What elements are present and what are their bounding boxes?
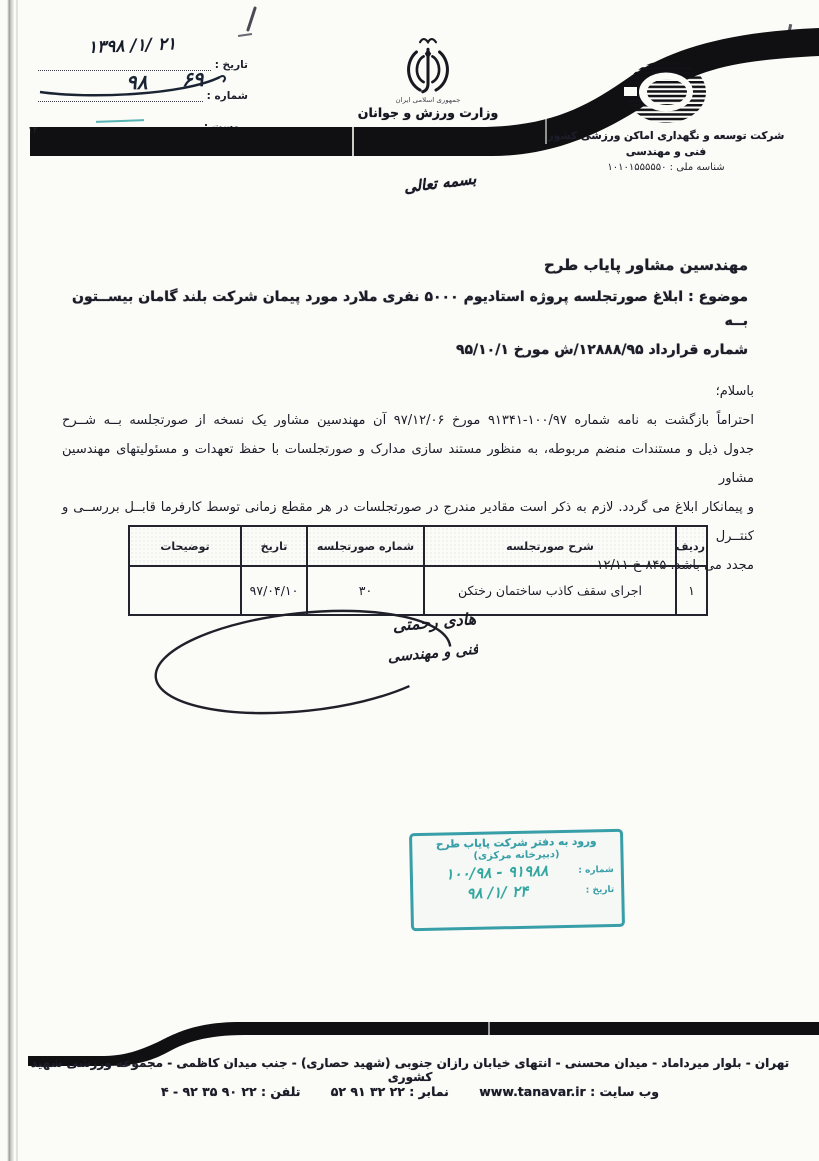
signature-title: معاون فنی و مهندسی — [387, 638, 478, 666]
body-line-1: احتراماً بازگشت به نامه شماره ۱۰۰/۹۷-۹۱۳… — [62, 406, 754, 435]
website-url: www.tanavar.ir — [479, 1084, 586, 1099]
header-row-number: ردیف — [676, 526, 707, 566]
scanner-edge-artifact — [7, 0, 14, 1161]
footer-fax: نمابر : ۲۲ ۳۲ ۹۱ ۵۲ — [326, 1084, 448, 1099]
table-header-row: ردیف شرح صورتجلسه شماره صورتجلسه تاریخ ت… — [129, 526, 707, 566]
scanner-edge-artifact-2 — [16, 0, 18, 1161]
signature-block: هادی رحمتی معاون فنی و مهندسی — [138, 602, 478, 724]
stamp-date-label: تاریخ : — [574, 885, 614, 896]
ministry-block: جمهوری اسلامی ایران وزارت ورزش و جوانان — [352, 36, 504, 120]
stray-pen-mark-2 — [238, 33, 252, 37]
iran-national-emblem-icon — [401, 36, 455, 98]
letter-heading: مهندسین مشاور پایاب طرح موضوع : ابلاغ صو… — [72, 256, 748, 358]
subject-line-1: موضوع : ابلاغ صورتجلسه پروژه استادیوم ۵۰… — [72, 285, 748, 333]
header-remarks: توضیحات — [129, 526, 241, 566]
footer-address: تهران - بلوار میرداماد - میدان محسنی - ا… — [30, 1056, 790, 1084]
bismillah: بسمه تعالی — [389, 168, 490, 198]
header-minutes-number: شماره صورتجلسه — [307, 526, 424, 566]
salutation: باسلام؛ — [62, 377, 754, 406]
stamp-number-row: شماره : ۱۰۰/۹۸ - ۹۱۹۸۸ — [420, 861, 614, 883]
company-national-id: شناسه ملی : ۱۰۱۰۱۵۵۵۵۵۰ — [540, 162, 792, 173]
header-date: تاریخ — [241, 526, 307, 566]
company-block: شرکت توسعه و نگهداری اماکن ورزشی کشور فن… — [540, 58, 792, 173]
footer-website: وب سایت : www.tanavar.ir — [475, 1084, 659, 1099]
body-line-2: جدول ذیل و مستندات منضم مربوطه، به منظور… — [62, 435, 754, 493]
margin-pen-mark: ۱۴ — [28, 126, 38, 136]
handwritten-number-right: ۶۹ — [182, 67, 205, 91]
stamp-date-value: ۹۸ /۱/ ۲۴ — [420, 880, 575, 904]
cell-row-number: ۱ — [676, 566, 707, 615]
attachment-row: پیوست : — [38, 102, 248, 133]
handwritten-number-left: ۹۸ — [126, 70, 148, 94]
stray-pen-mark — [246, 6, 257, 32]
phone-label: تلفن : — [261, 1084, 300, 1099]
company-division: فنی و مهندسی — [540, 146, 792, 158]
signature-name: هادی رحمتی — [392, 609, 478, 636]
footer-contacts: وب سایت : www.tanavar.ir نمابر : ۲۲ ۳۲ ۹… — [30, 1084, 790, 1099]
entry-stamp: ورود به دفتر شرکت پایاب طرح (دبیرخانه مر… — [409, 829, 625, 931]
fax-label: نمابر : — [409, 1084, 449, 1099]
recipient-line: مهندسین مشاور پایاب طرح — [72, 256, 748, 274]
company-striped-logo-icon — [624, 58, 708, 128]
ministry-country-label: جمهوری اسلامی ایران — [352, 96, 504, 103]
stray-pen-mark-3 — [787, 24, 792, 36]
stamp-number-label: شماره : — [574, 865, 614, 876]
phone-number: ۲۲ ۹۰ ۳۵ ۹۲ - ۴ — [161, 1084, 257, 1099]
ministry-name: وزارت ورزش و جوانان — [352, 105, 504, 120]
subject-line-2: شماره قرارداد ۱۲۸۸۸/۹۵/ش مورخ ۹۵/۱۰/۱ — [72, 342, 748, 358]
attachment-label: پیوست : — [200, 121, 248, 133]
stamp-date-row: تاریخ : ۹۸ /۱/ ۲۴ — [420, 881, 614, 903]
scanned-letter-page: ۱۴ تاریخ : شماره : پیوست : ۱۳۹۸ /۱/ ۲۱ ۶… — [0, 0, 819, 1161]
website-label: وب سایت : — [590, 1084, 659, 1099]
footer-phone: تلفن : ۲۲ ۹۰ ۳۵ ۹۲ - ۴ — [161, 1084, 300, 1099]
company-name: شرکت توسعه و نگهداری اماکن ورزشی کشور — [540, 130, 792, 142]
handwritten-number: ۶۹ ۹۸ — [34, 62, 234, 104]
fax-number: ۲۲ ۳۲ ۹۱ ۵۲ — [331, 1084, 405, 1099]
header-description: شرح صورتجلسه — [424, 526, 676, 566]
